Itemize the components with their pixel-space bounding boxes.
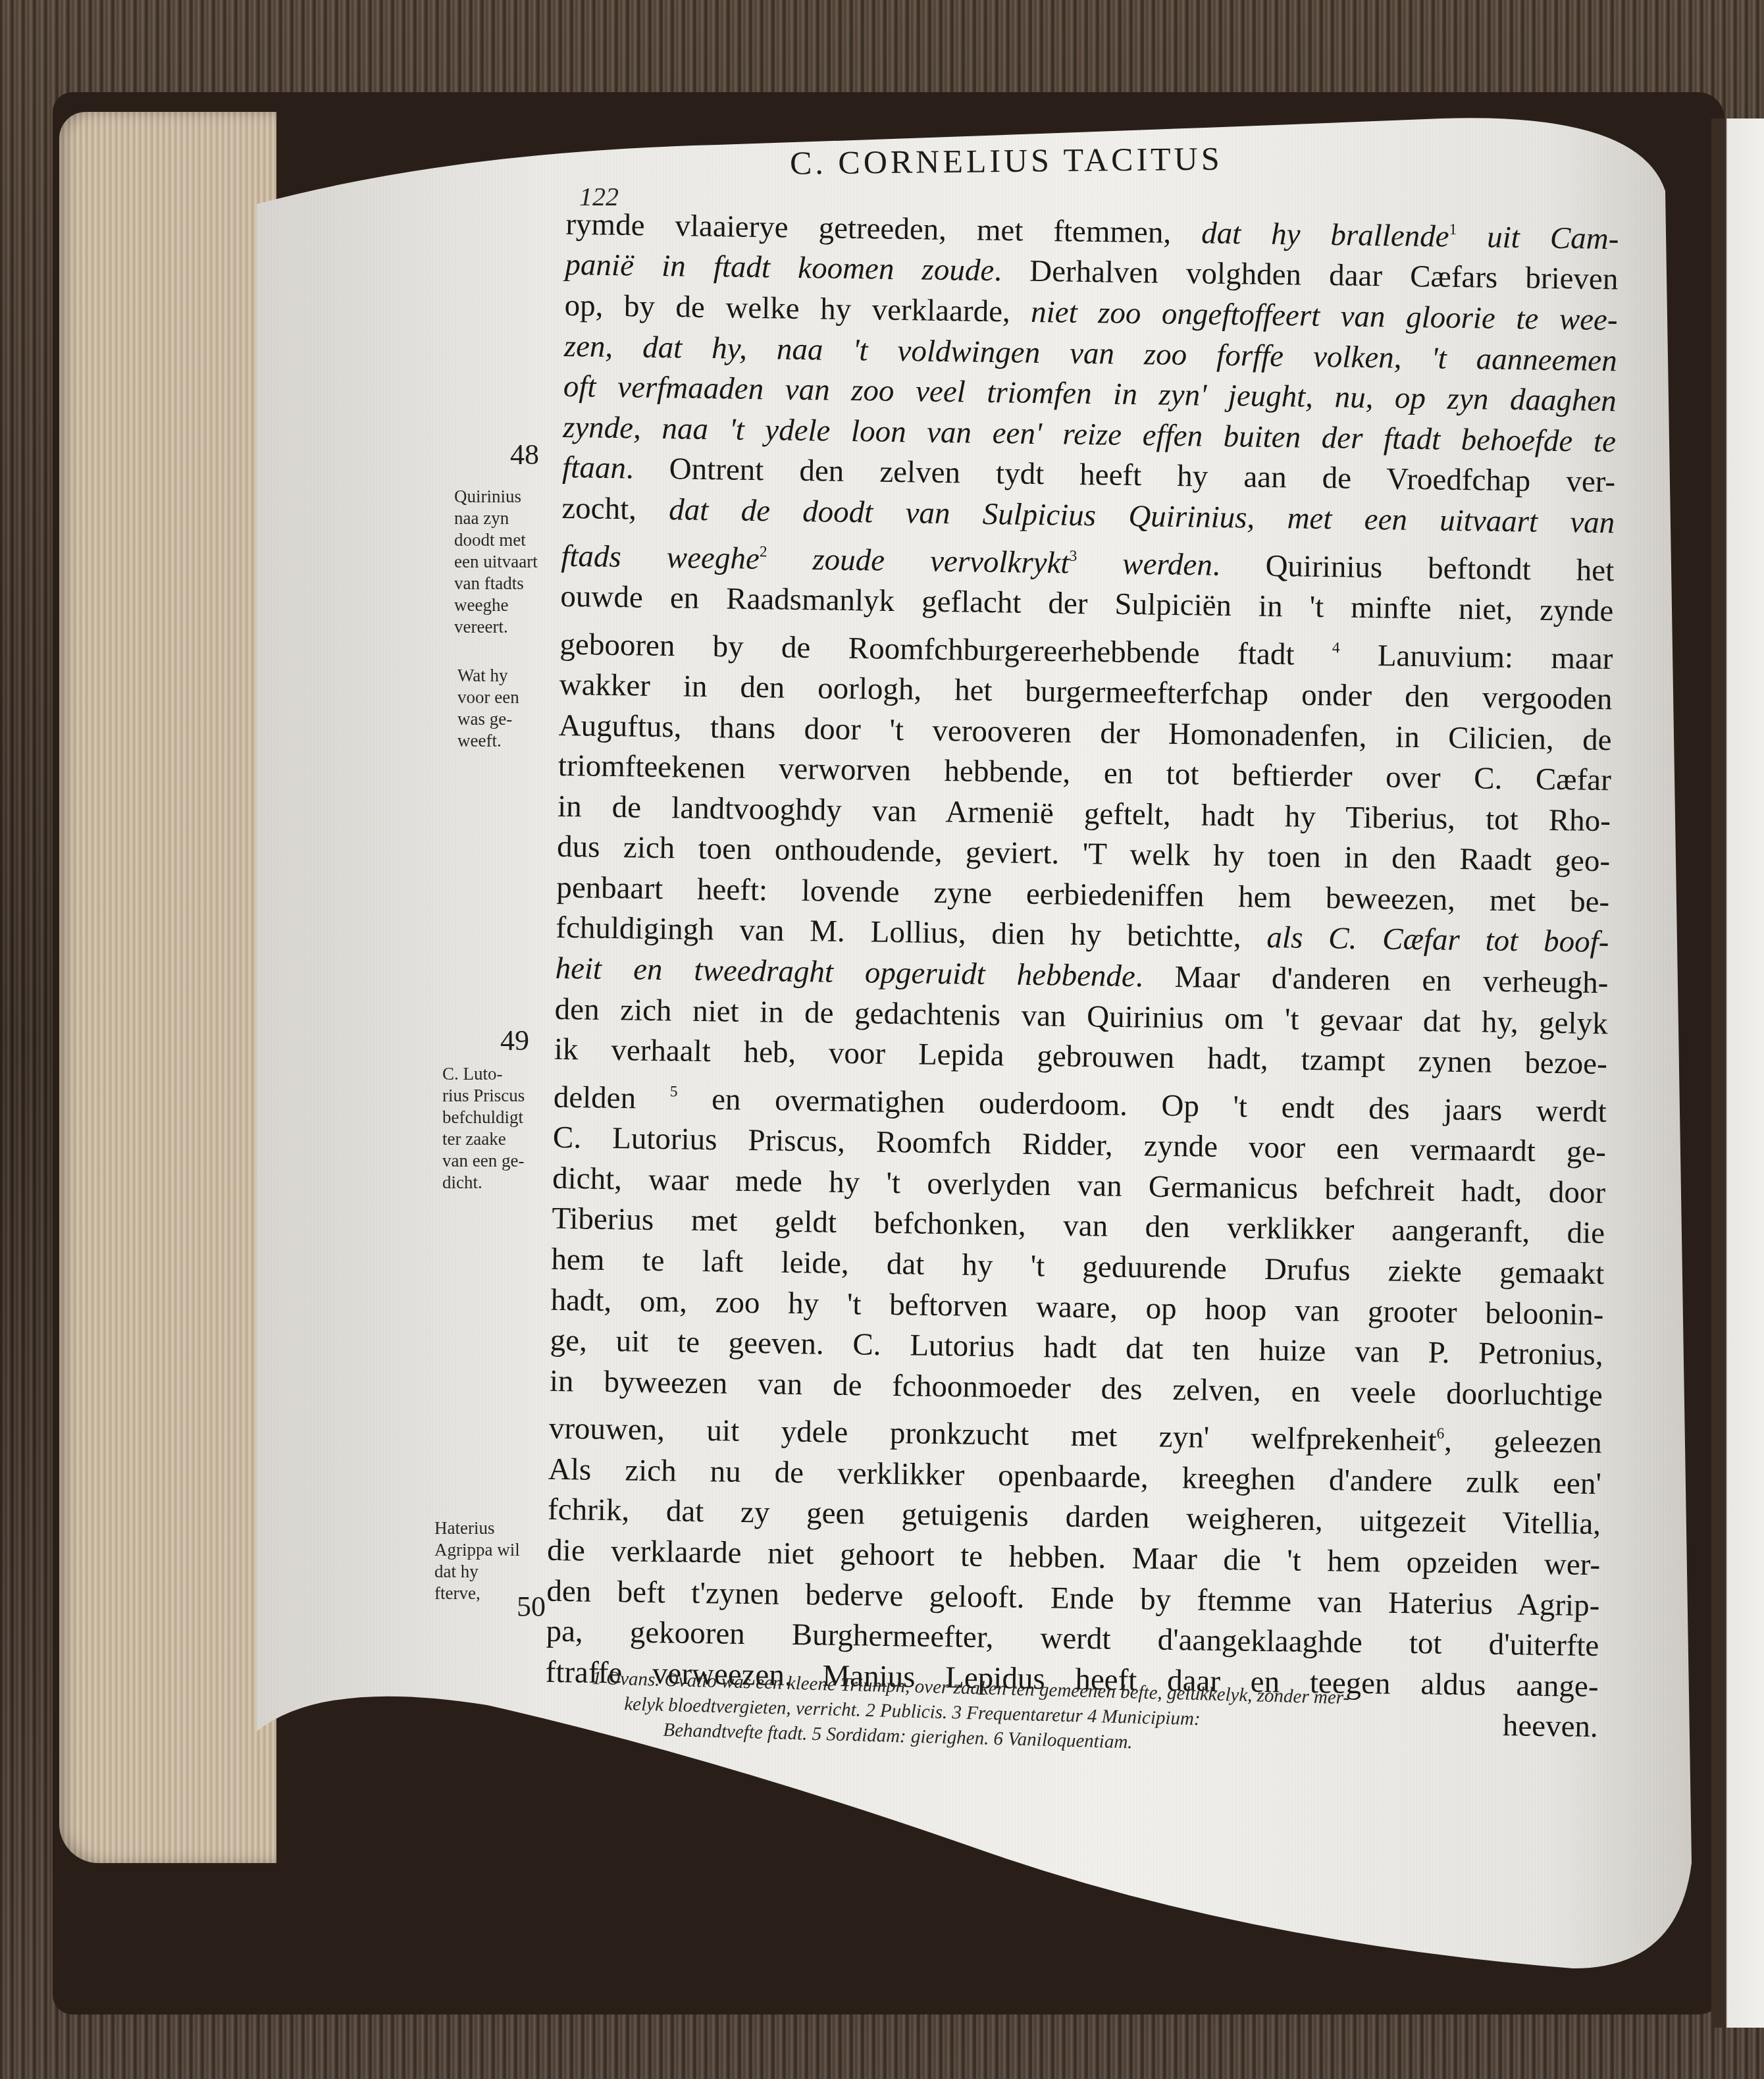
margin-note-line: Agrippa wil [434,1539,520,1561]
section-number-48: 48 [510,438,539,471]
margin-note-line: Quirinius [454,486,538,508]
text-run: panië in ftadt koomen zoude [565,248,994,288]
text-run: op, by de welke hy verklaarde, [564,288,1031,329]
text-run: gebooren by de Roomfchburgereerhebbende … [559,627,1332,671]
text-run: delden [554,1080,671,1116]
text-run: ftaan [562,450,626,485]
text-run: zocht, [561,491,669,527]
text-run: heit en tweedraght opgeruidt hebbende [555,951,1135,993]
margin-note-quirinius: Quiriniusnaa zyndoodt meteen uitvaartvan… [454,486,538,638]
footnote-ref: 6 [1436,1425,1444,1442]
margin-note-line: C. Luto- [442,1063,525,1085]
footnote-ref: 5 [670,1083,678,1100]
text-run: , geleezen [1444,1424,1602,1460]
facing-page-edge [1711,118,1764,2028]
margin-note-line: dicht. [442,1172,525,1194]
margin-note-line: vereert. [454,616,538,638]
margin-note-line: dat hy [434,1561,520,1583]
margin-note-line: weeft. [457,730,519,752]
body-text: rymde vlaaierye getreeden, met ftemmen, … [544,197,1619,1748]
page-fore-edge [59,112,276,1863]
margin-note-line: was ge- [457,708,519,730]
margin-note-wat-hy: Wat hyvoor eenwas ge-weeft. [457,665,519,752]
margin-note-line: een uitvaart [454,551,538,573]
margin-note-line: Wat hy [457,665,519,687]
section-number-50: 50 [517,1590,546,1623]
text-run: niet zoo ongeftoffeert van gloorie te we… [1031,295,1618,337]
section-number-49: 49 [500,1024,529,1057]
text-run: . Derhalven volghden daar Cæfars brieven [994,253,1619,296]
text-run: . Maar d'anderen en verheugh- [1135,959,1609,1000]
margin-note-line: doodt met [454,529,538,551]
text-run: dat hy brallende [1201,216,1449,253]
footnote-ref: 2 [760,543,767,560]
margin-note-lutorius: C. Luto-rius Priscusbefchuldigtter zaake… [442,1063,525,1194]
text-run: . Quirinius beftondt het [1212,548,1615,588]
margin-note-line: befchuldigt [442,1107,525,1128]
margin-note-haterius: HateriusAgrippa wildat hyfterve, [434,1517,520,1604]
margin-note-line: ter zaake [442,1128,525,1150]
text-run: ftads weeghe [561,539,760,575]
margin-note-line: van een ge- [442,1150,525,1172]
margin-note-line: voor een [457,687,519,708]
footnote-ref: 1 [1449,221,1457,238]
text-run: rymde vlaaierye getreeden, met ftemmen, [565,207,1201,250]
running-head: C. CORNELIUS TACITUS [790,140,1223,182]
text-run: werden [1077,546,1212,582]
footnote-ref: 3 [1069,547,1077,564]
margin-note-line: weeghe [454,594,538,616]
text-run: uit Cam- [1457,220,1619,256]
margin-note-line: fterve, [434,1583,520,1604]
margin-note-line: Haterius [434,1517,520,1539]
text-run: als C. Cæfar tot boof- [1266,920,1609,959]
margin-note-line: van ftadts [454,573,538,594]
margin-note-line: naa zyn [454,508,538,529]
text-run: fchuldigingh van M. Lollius, dien hy bet… [556,910,1267,955]
footnote-ref: 4 [1332,639,1340,656]
margin-note-line: rius Priscus [442,1085,525,1107]
text-run: Lanuvium: maar [1339,638,1613,676]
text-run: zoude vervolkrykt [767,542,1070,580]
